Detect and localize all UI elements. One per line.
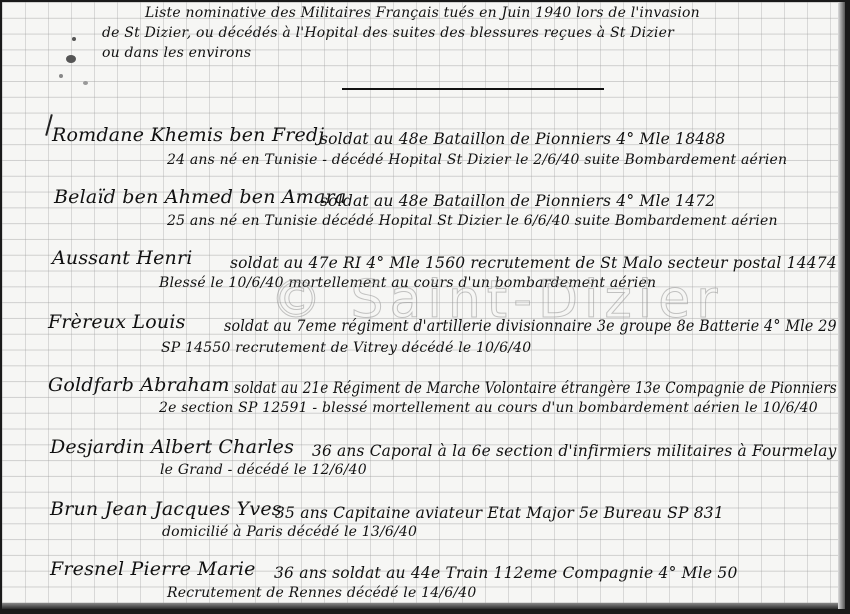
entry-7-name: Brun Jean Jacques Yves [50,498,282,520]
entry-5-line2: 2e section SP 12591 - blessé mortellemen… [159,400,818,416]
entry-2-line1: soldat au 48e Bataillon de Pionniers 4° … [320,192,715,210]
entry-1-line1: soldat au 48e Bataillon de Pionniers 4° … [320,130,725,148]
entry-5-name: Goldfarb Abraham [48,374,230,396]
entry-6-line2: le Grand - décédé le 12/6/40 [160,462,367,478]
heading-line-1: Liste nominative des Militaires Français… [145,5,700,21]
entry-2-line2: 25 ans né en Tunisie décédé Hopital St D… [167,213,778,229]
entry-4-line2: SP 14550 recrutement de Vitrey décédé le… [161,340,531,356]
entry-3-name: Aussant Henri [52,247,193,269]
entry-8-line2: Recrutement de Rennes décédé le 14/6/40 [167,585,476,601]
entry-1-line2: 24 ans né en Tunisie - décédé Hopital St… [167,152,787,168]
heading-underline [342,88,604,90]
page-bottom-edge [2,603,845,609]
entry-7-line1: 35 ans Capitaine aviateur Etat Major 5e … [275,504,724,522]
entry-2-name: Belaïd ben Ahmed ben Amara [54,186,346,208]
entry-4-line1: soldat au 7eme régiment d'artillerie div… [224,317,837,335]
ink-spot [72,37,76,41]
ink-spot [83,81,88,85]
entry-8-line1: 36 ans soldat au 44e Train 112eme Compag… [274,564,738,582]
ink-spot [59,74,63,78]
entry-6-name: Desjardin Albert Charles [50,436,294,458]
entry-1-name: Romdane Khemis ben Fredj [52,124,324,146]
heading-line-2: de St Dizier, ou décédés à l'Hopital des… [102,25,674,41]
entry-4-name: Frèreux Louis [48,311,186,333]
entry-6-line1: 36 ans Caporal à la 6e section d'infirmi… [312,442,837,460]
entry-5-line1: soldat au 21e Régiment de Marche Volonta… [234,379,837,397]
handwritten-page: Liste nominative des Militaires Français… [2,2,845,609]
heading-line-3: ou dans les environs [102,45,251,61]
entry-7-line2: domicilié à Paris décédé le 13/6/40 [162,524,417,540]
entry-8-name: Fresnel Pierre Marie [50,558,256,580]
ink-spot [66,55,76,63]
